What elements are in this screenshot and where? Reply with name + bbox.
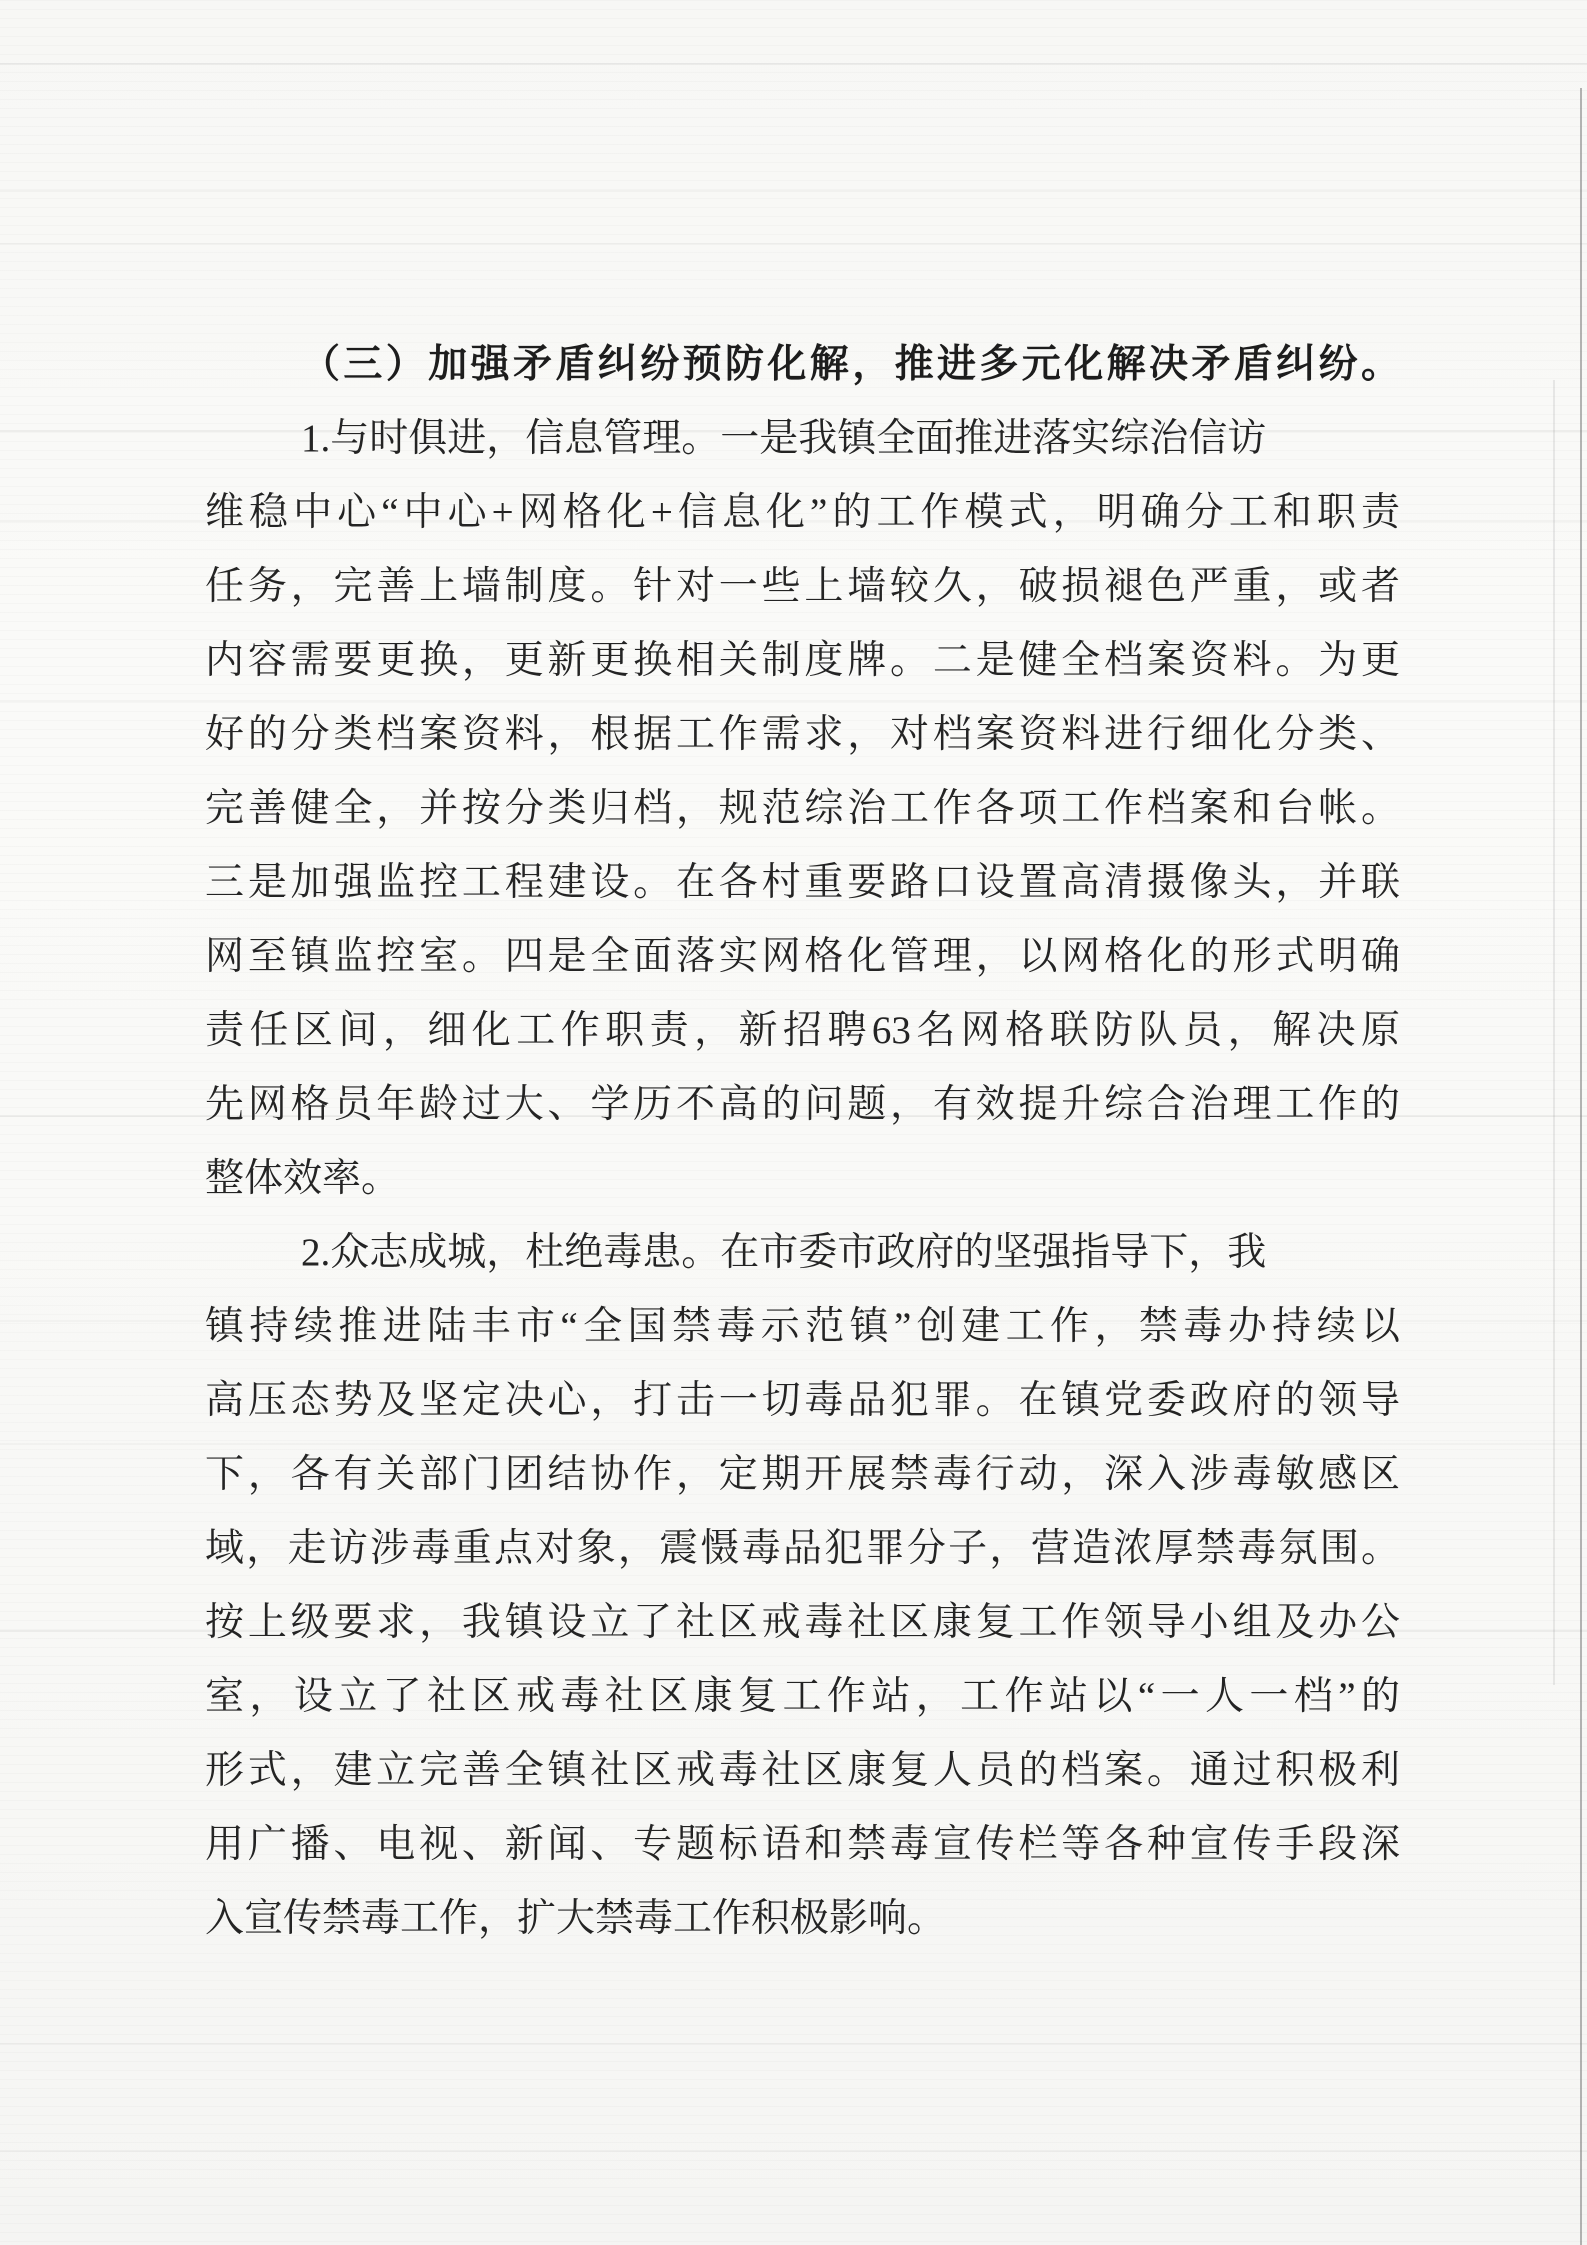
paragraph-line: 镇持续推进陆丰市“全国禁毒示范镇”创建工作，禁毒办持续以 [205, 1290, 1400, 1364]
scan-streak [0, 2043, 1587, 2045]
section-heading: （三）加强矛盾纠纷预防化解，推进多元化解决矛盾纠纷。 [205, 328, 1400, 402]
paragraph-line: 室，设立了社区戒毒社区康复工作站，工作站以“一人一档”的 [205, 1660, 1400, 1734]
paragraph-line: 用广播、电视、新闻、专题标语和禁毒宣传栏等各种宣传手段深 [205, 1808, 1400, 1882]
paragraph-line: 高压态势及坚定决心，打击一切毒品犯罪。在镇党委政府的领导 [205, 1364, 1400, 1438]
paragraph-line: 内容需要更换，更新更换相关制度牌。二是健全档案资料。为更 [205, 624, 1400, 698]
paragraph-line: 1.与时俱进，信息管理。一是我镇全面推进落实综治信访 [205, 402, 1400, 476]
paragraph-line: 入宣传禁毒工作，扩大禁毒工作积极影响。 [205, 1882, 1400, 1956]
paragraph-line: 形式，建立完善全镇社区戒毒社区康复人员的档案。通过积极利 [205, 1734, 1400, 1808]
paragraph-line: 先网格员年龄过大、学历不高的问题，有效提升综合治理工作的 [205, 1068, 1400, 1142]
scan-streak [0, 63, 1587, 65]
paragraph-line: 三是加强监控工程建设。在各村重要路口设置高清摄像头，并联 [205, 846, 1400, 920]
paragraph-line: 网至镇监控室。四是全面落实网格化管理，以网格化的形式明确 [205, 920, 1400, 994]
scan-streak [0, 190, 1587, 192]
document-page: （三）加强矛盾纠纷预防化解，推进多元化解决矛盾纠纷。1.与时俱进，信息管理。一是… [0, 0, 1587, 2245]
paragraph-line: 2.众志成城，杜绝毒患。在市委市政府的坚强指导下，我 [205, 1216, 1400, 1290]
paragraph-line: 按上级要求，我镇设立了社区戒毒社区康复工作领导小组及办公 [205, 1586, 1400, 1660]
paragraph-line: 域，走访涉毒重点对象，震慑毒品犯罪分子，营造浓厚禁毒氛围。 [205, 1512, 1400, 1586]
paragraph-line: 下，各有关部门团结协作，定期开展禁毒行动，深入涉毒敏感区 [205, 1438, 1400, 1512]
text-block: （三）加强矛盾纠纷预防化解，推进多元化解决矛盾纠纷。1.与时俱进，信息管理。一是… [205, 328, 1400, 1956]
scan-edge-line [1580, 88, 1582, 2245]
scan-streak [0, 243, 1587, 245]
paragraph-line: 任务，完善上墙制度。针对一些上墙较久，破损褪色严重，或者 [205, 550, 1400, 624]
paragraph-line: 整体效率。 [205, 1142, 1400, 1216]
paragraph-line: 完善健全，并按分类归档，规范综治工作各项工作档案和台帐。 [205, 772, 1400, 846]
scan-streak [0, 2150, 1587, 2152]
scan-artifact-line [1553, 380, 1555, 1685]
paragraph-line: 好的分类档案资料，根据工作需求，对档案资料进行细化分类、 [205, 698, 1400, 772]
paragraph-line: 维稳中心“中心+网格化+信息化”的工作模式，明确分工和职责 [205, 476, 1400, 550]
paragraph-line: 责任区间，细化工作职责，新招聘63名网格联防队员，解决原 [205, 994, 1400, 1068]
